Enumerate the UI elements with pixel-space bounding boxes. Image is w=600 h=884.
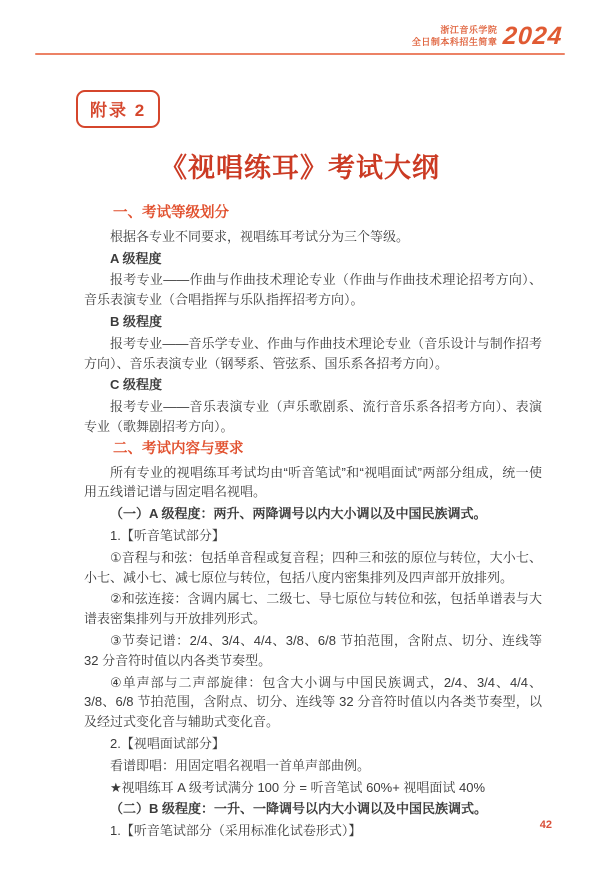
document-page: 浙江音乐学院 全日制本科招生简章 2024 附录 2 《视唱练耳》考试大纲 一、… — [0, 0, 600, 884]
paragraph: 报考专业——音乐学专业、作曲与作曲技术理论专业（音乐设计与制作招考方向）、音乐表… — [84, 334, 542, 374]
paragraph: 看谱即唱：用固定唱名视唱一首单声部曲例。 — [84, 756, 542, 776]
year-label: 2024 — [503, 24, 564, 49]
paragraph: B 级程度 — [84, 312, 542, 332]
paragraph: ③节奏记谱：2/4、3/4、4/4、3/8、6/8 节拍范围，含附点、切分、连线… — [84, 631, 542, 671]
paragraph: 报考专业——作曲与作曲技术理论专业（作曲与作曲技术理论招考方向）、音乐表演专业（… — [84, 270, 542, 310]
page-title: 《视唱练耳》考试大纲 — [0, 146, 600, 185]
paragraph: ④单声部与二声部旋律：包含大小调与中国民族调式，2/4、3/4、4/4、3/8、… — [84, 673, 542, 732]
paragraph: A 级程度 — [84, 249, 542, 269]
paragraph: 2.【视唱面试部分】 — [84, 734, 542, 754]
paragraph: C 级程度 — [84, 375, 542, 395]
org-name-lines: 浙江音乐学院 全日制本科招生简章 — [412, 25, 498, 48]
paragraph: （一）A 级程度：两升、两降调号以内大小调以及中国民族调式。 — [84, 504, 542, 524]
header-divider — [35, 53, 565, 55]
section-heading: 一、考试等级划分 — [84, 204, 542, 224]
page-number: 42 — [540, 819, 552, 831]
paragraph: 所有专业的视唱练耳考试均由“听音笔试”和“视唱面试”两部分组成，统一使用五线谱记… — [84, 463, 542, 503]
paragraph: ★视唱练耳 A 级考试满分 100 分 = 听音笔试 60%+ 视唱面试 40% — [84, 778, 542, 798]
paragraph: 报考专业——音乐表演专业（声乐歌剧系、流行音乐系各招考方向）、表演专业（歌舞剧招… — [84, 397, 542, 437]
brand-header: 浙江音乐学院 全日制本科招生简章 2024 — [412, 24, 563, 49]
paragraph: 1.【听音笔试部分（采用标准化试卷形式）】 — [84, 821, 542, 841]
paragraph: 1.【听音笔试部分】 — [84, 526, 542, 546]
org-line1: 浙江音乐学院 — [412, 25, 498, 37]
document-body: 一、考试等级划分根据各专业不同要求，视唱练耳考试分为三个等级。A 级程度报考专业… — [84, 201, 542, 843]
org-line2: 全日制本科招生简章 — [412, 37, 498, 49]
paragraph: ②和弦连接：含调内属七、二级七、导七原位与转位和弦，包括单谱表与大谱表密集排列与… — [84, 589, 542, 629]
appendix-badge: 附录 2 — [76, 90, 160, 128]
paragraph: ①音程与和弦：包括单音程或复音程；四种三和弦的原位与转位，大小七、小七、减小七、… — [84, 548, 542, 588]
paragraph: 根据各专业不同要求，视唱练耳考试分为三个等级。 — [84, 227, 542, 247]
paragraph: （二）B 级程度：一升、一降调号以内大小调以及中国民族调式。 — [84, 799, 542, 819]
section-heading: 二、考试内容与要求 — [84, 440, 542, 460]
